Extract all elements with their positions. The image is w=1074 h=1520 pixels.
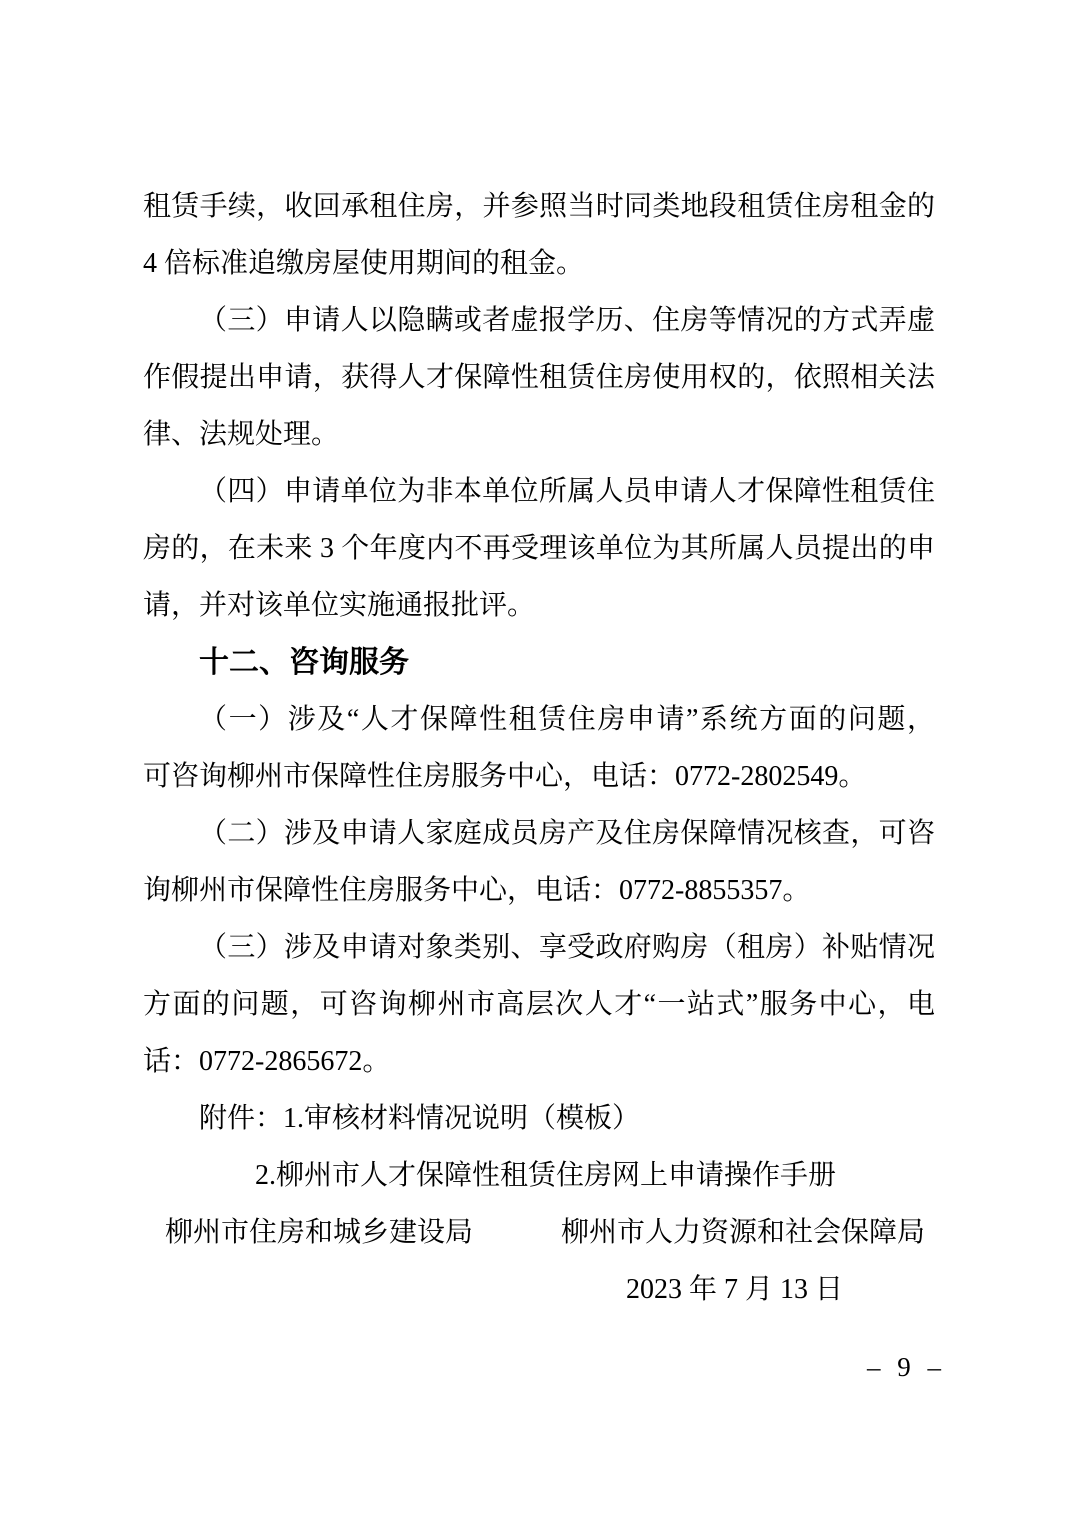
signature-line: 柳州市住房和城乡建设局 柳州市人力资源和社会保障局 bbox=[143, 1204, 935, 1261]
attachment-line-2: 2.柳州市人才保障性租赁住房网上申请操作手册 bbox=[143, 1147, 935, 1204]
paragraph-line: （二）涉及申请人家庭成员房产及住房保障情况核查，可咨 bbox=[143, 805, 935, 862]
paragraph-line: 话：0772-2865672。 bbox=[143, 1033, 935, 1090]
paragraph-line: 4 倍标准追缴房屋使用期间的租金。 bbox=[143, 235, 935, 292]
paragraph-line: （一）涉及“人才保障性租赁住房申请”系统方面的问题， bbox=[143, 691, 935, 748]
signature-org-right: 柳州市人力资源和社会保障局 bbox=[561, 1204, 925, 1261]
paragraph-line: 租赁手续，收回承租住房，并参照当时同类地段租赁住房租金的 bbox=[143, 178, 935, 235]
page-number: – 9 – bbox=[867, 1352, 946, 1383]
paragraph-line: （三）申请人以隐瞒或者虚报学历、住房等情况的方式弄虚 bbox=[143, 292, 935, 349]
paragraph-line: 询柳州市保障性住房服务中心，电话：0772-8855357。 bbox=[143, 862, 935, 919]
paragraph-line: （四）申请单位为非本单位所属人员申请人才保障性租赁住 bbox=[143, 463, 935, 520]
attachment-line-1: 附件：1.审核材料情况说明（模板） bbox=[143, 1090, 935, 1147]
paragraph-line: 方面的问题，可咨询柳州市高层次人才“一站式”服务中心，电 bbox=[143, 976, 935, 1033]
document-date: 2023 年 7 月 13 日 bbox=[143, 1261, 935, 1318]
paragraph-line: 作假提出申请，获得人才保障性租赁住房使用权的，依照相关法 bbox=[143, 349, 935, 406]
paragraph-line: 房的，在未来 3 个年度内不再受理该单位为其所属人员提出的申 bbox=[143, 520, 935, 577]
paragraph-line: 律、法规处理。 bbox=[143, 406, 935, 463]
signature-org-left: 柳州市住房和城乡建设局 bbox=[165, 1204, 473, 1261]
paragraph-line: （三）涉及申请对象类别、享受政府购房（租房）补贴情况 bbox=[143, 919, 935, 976]
paragraph-line: 可咨询柳州市保障性住房服务中心，电话：0772-2802549。 bbox=[143, 748, 935, 805]
section-heading: 十二、咨询服务 bbox=[143, 634, 935, 691]
document-page: 租赁手续，收回承租住房，并参照当时同类地段租赁住房租金的 4 倍标准追缴房屋使用… bbox=[0, 0, 1074, 1520]
document-text-block: 租赁手续，收回承租住房，并参照当时同类地段租赁住房租金的 4 倍标准追缴房屋使用… bbox=[143, 178, 935, 1318]
paragraph-line: 请，并对该单位实施通报批评。 bbox=[143, 577, 935, 634]
